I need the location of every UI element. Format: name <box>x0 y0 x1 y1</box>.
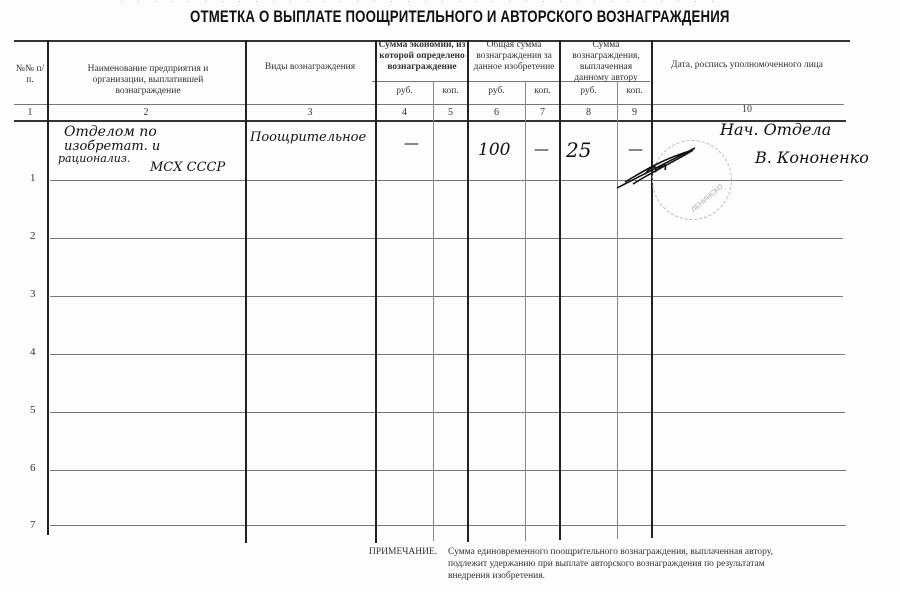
row-rule-2 <box>50 238 843 239</box>
row-number-2: 2 <box>30 230 36 242</box>
row-number-3: 3 <box>30 288 36 300</box>
header-col-2: Наименование предприятия и организации, … <box>60 64 236 97</box>
handwritten-reward-type: Поощрительное <box>250 130 366 145</box>
header-kop-9: коп. <box>618 86 651 97</box>
row-number-1: 1 <box>30 172 36 184</box>
header-col-4-5: Сумма экономии, из которой определено во… <box>378 40 466 73</box>
row-rule-3 <box>50 296 843 297</box>
note-line-3: внедрения изобретения. <box>448 570 545 582</box>
row-rule-7 <box>50 525 846 526</box>
note-label: ПРИМЕЧАНИЕ. <box>369 546 437 558</box>
handwritten-organization-line3: рационализ. <box>58 152 130 165</box>
header-col-8-9: Сумма вознаграждения, выплаченная данном… <box>562 40 650 84</box>
cut-off-header-text: · · · · · · · · · · · · · · · · · · · · … <box>120 0 800 5</box>
note-line-1: Сумма единовременного поощрительного воз… <box>448 546 773 558</box>
colnum-5: 5 <box>434 107 467 118</box>
header-col-1: №№ п/п. <box>14 64 46 86</box>
row-number-7: 7 <box>30 519 36 531</box>
header-col-6-7: Общая сумма вознаграждения за данное изо… <box>470 40 558 73</box>
note-line-2: подлежит удержанию при выплате авторског… <box>448 558 765 570</box>
header-kop-5: коп. <box>434 86 467 97</box>
colnum-10: 10 <box>652 104 842 115</box>
colnum-3: 3 <box>246 107 374 118</box>
signature-scribble <box>615 140 705 195</box>
header-kop-7: коп. <box>526 86 559 97</box>
header-col-10: Дата, роспись уполномоченного лица <box>652 60 842 71</box>
colnum-9: 9 <box>618 107 651 118</box>
colnum-2: 2 <box>48 107 244 118</box>
colnum-6: 6 <box>468 107 525 118</box>
colnum-4: 4 <box>376 107 433 118</box>
row-rule-4 <box>50 354 845 355</box>
header-rub-8: руб. <box>560 86 617 97</box>
header-col-3: Виды вознаграждения <box>260 62 360 73</box>
row-number-4: 4 <box>30 346 36 358</box>
signature-name: В. Кононенко <box>755 148 869 167</box>
colnum-1: 1 <box>14 107 46 118</box>
row-number-6: 6 <box>30 462 36 474</box>
row-rule-5 <box>50 412 845 413</box>
handwritten-economy-rub: — <box>404 134 419 152</box>
handwritten-total-kop: — <box>534 140 549 158</box>
handwritten-author-rub: 25 <box>566 138 591 162</box>
header-rub-6: руб. <box>468 86 525 97</box>
row-number-5: 5 <box>30 404 36 416</box>
handwritten-organization-line4: МСХ СССР <box>150 160 225 175</box>
colnum-8: 8 <box>560 107 617 118</box>
header-rub-4: руб. <box>376 86 433 97</box>
row-rule-6 <box>50 470 846 471</box>
colnum-7: 7 <box>526 107 559 118</box>
col-divider-4 <box>433 81 434 541</box>
col-divider-6 <box>525 81 526 541</box>
signature-title: Нач. Отдела <box>720 120 831 139</box>
handwritten-organization-line1: Отделом по <box>64 124 157 140</box>
form-title: ОТМЕТКА О ВЫПЛАТЕ ПООЩРИТЕЛЬНОГО И АВТОР… <box>190 7 730 27</box>
handwritten-total-rub: 100 <box>478 140 510 160</box>
